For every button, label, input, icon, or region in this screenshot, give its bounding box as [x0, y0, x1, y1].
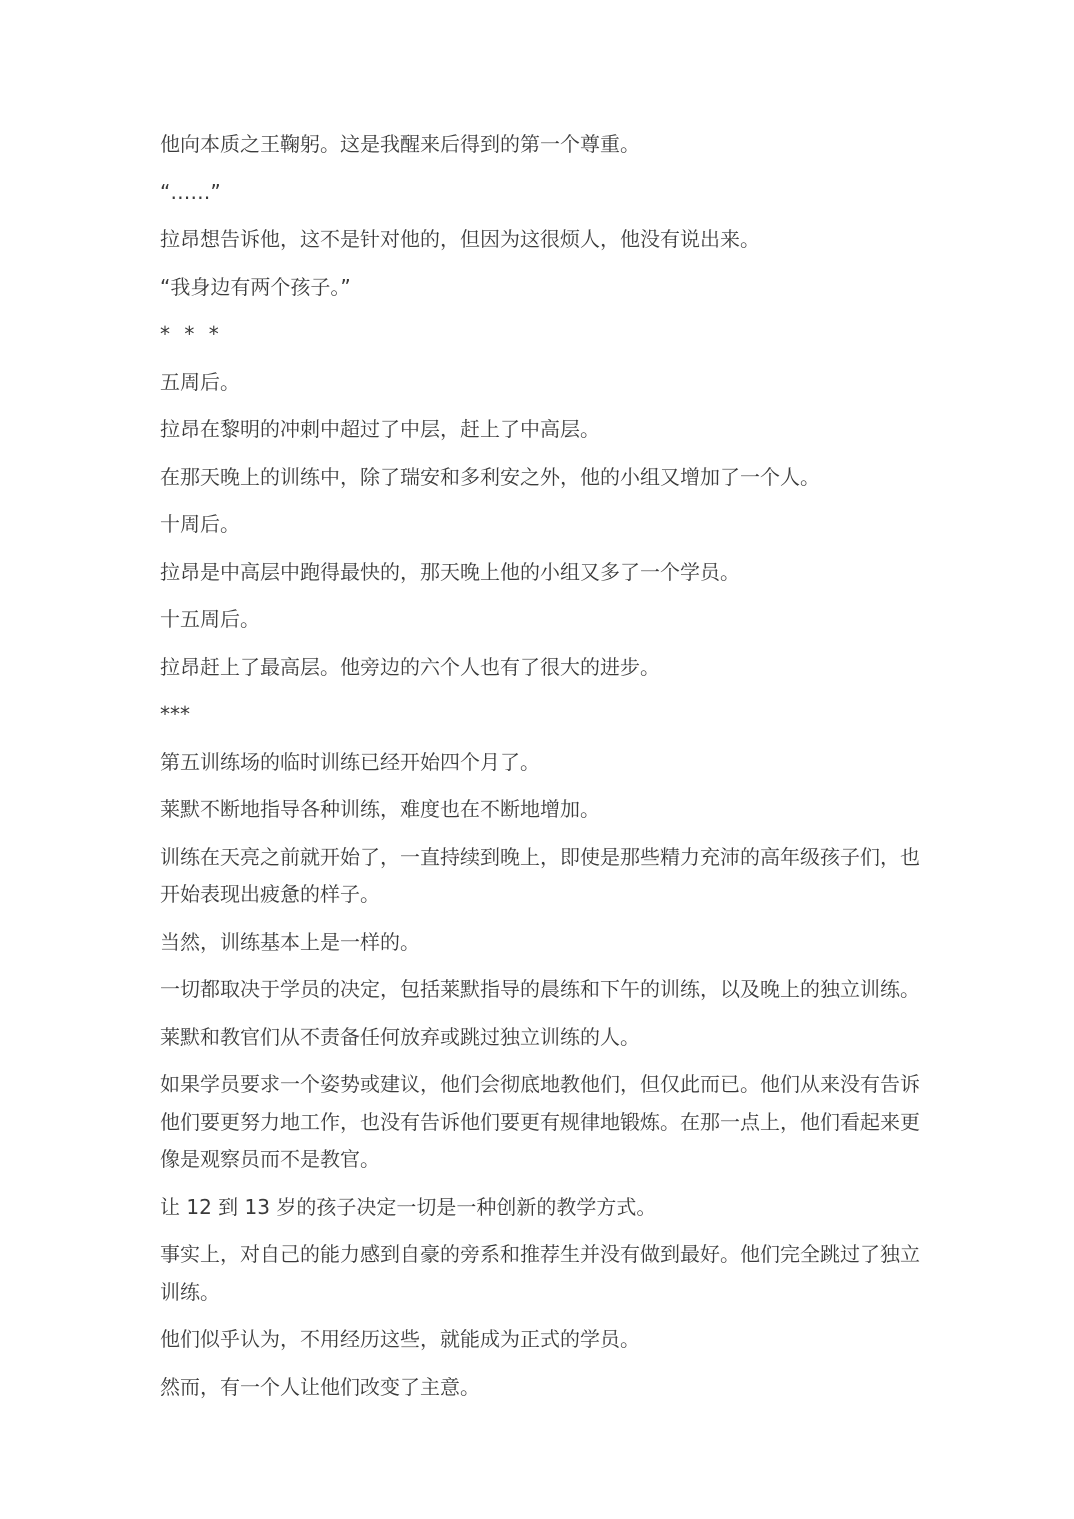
- paragraph: 十周后。: [160, 506, 920, 544]
- dialogue-line: “我身边有两个孩子。”: [160, 269, 920, 307]
- paragraph: 十五周后。: [160, 601, 920, 639]
- paragraph: 五周后。: [160, 364, 920, 402]
- paragraph: 训练在天亮之前就开始了，一直持续到晚上，即使是那些精力充沛的高年级孩子们，也开始…: [160, 839, 920, 914]
- document-page: 他向本质之王鞠躬。这是我醒来后得到的第一个尊重。 “……” 拉昂想告诉他，这不是…: [0, 0, 1074, 1519]
- paragraph: 一切都取决于学员的决定，包括莱默指导的晨练和下午的训练，以及晚上的独立训练。: [160, 971, 920, 1009]
- paragraph: 他向本质之王鞠躬。这是我醒来后得到的第一个尊重。: [160, 126, 920, 164]
- dialogue-ellipsis: “……”: [160, 174, 920, 212]
- paragraph: 拉昂是中高层中跑得最快的，那天晚上他的小组又多了一个学员。: [160, 554, 920, 592]
- paragraph: 拉昂在黎明的冲刺中超过了中层，赶上了中高层。: [160, 411, 920, 449]
- paragraph: 如果学员要求一个姿势或建议，他们会彻底地教他们，但仅此而已。他们从来没有告诉他们…: [160, 1066, 920, 1179]
- paragraph: 在那天晚上的训练中，除了瑞安和多利安之外，他的小组又增加了一个人。: [160, 459, 920, 497]
- paragraph: 事实上，对自己的能力感到自豪的旁系和推荐生并没有做到最好。他们完全跳过了独立训练…: [160, 1236, 920, 1311]
- scene-separator: * * *: [160, 316, 920, 354]
- paragraph: 拉昂赶上了最高层。他旁边的六个人也有了很大的进步。: [160, 649, 920, 687]
- paragraph: 拉昂想告诉他，这不是针对他的，但因为这很烦人，他没有说出来。: [160, 221, 920, 259]
- scene-separator: ***: [160, 696, 920, 734]
- paragraph: 他们似乎认为，不用经历这些，就能成为正式的学员。: [160, 1321, 920, 1359]
- paragraph: 莱默不断地指导各种训练，难度也在不断地增加。: [160, 791, 920, 829]
- paragraph: 莱默和教官们从不责备任何放弃或跳过独立训练的人。: [160, 1019, 920, 1057]
- paragraph: 第五训练场的临时训练已经开始四个月了。: [160, 744, 920, 782]
- paragraph: 然而，有一个人让他们改变了主意。: [160, 1369, 920, 1407]
- paragraph: 让 12 到 13 岁的孩子决定一切是一种创新的教学方式。: [160, 1189, 920, 1227]
- text-content: 他向本质之王鞠躬。这是我醒来后得到的第一个尊重。 “……” 拉昂想告诉他，这不是…: [160, 126, 920, 1406]
- paragraph: 当然，训练基本上是一样的。: [160, 924, 920, 962]
